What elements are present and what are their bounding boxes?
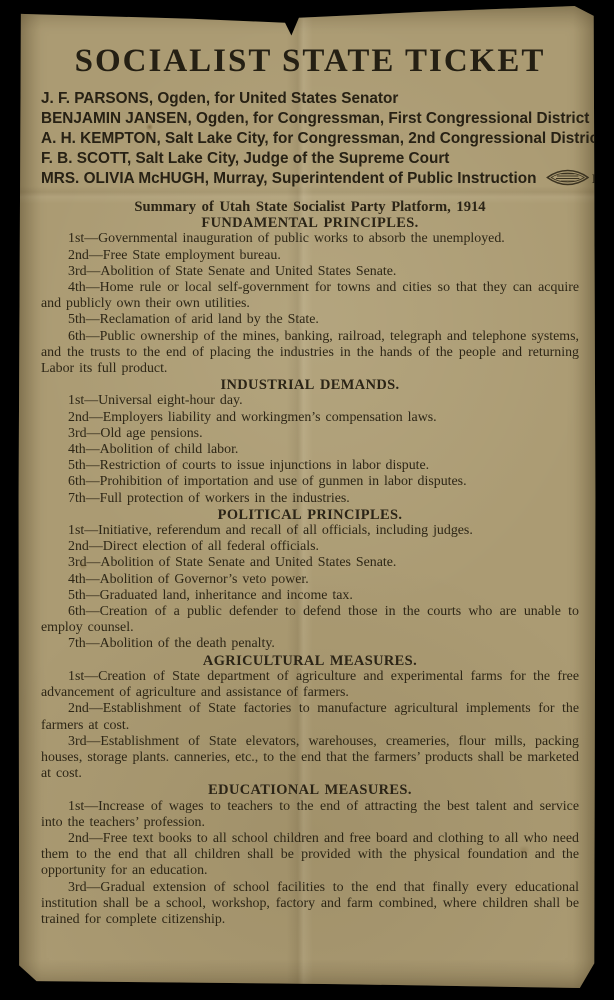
platform-item: 1st—Initiative, referendum and recall of…	[41, 523, 579, 539]
platform-item: 5th—Reclamation of arid land by the Stat…	[41, 312, 579, 328]
platform-item: 4th—Abolition of Governor’s veto power.	[41, 572, 579, 588]
section-heading: POLITICAL PRINCIPLES.	[41, 507, 579, 523]
platform-item: 3rd—Old age pensions.	[41, 426, 579, 442]
platform-item: 6th—Public ownership of the mines, banki…	[41, 329, 579, 378]
platform-item: 7th—Full protection of workers in the in…	[41, 491, 579, 507]
platform-item: 2nd—Employers liability and workingmen’s…	[41, 410, 579, 426]
union-label-suffix: K	[592, 172, 601, 186]
platform-summary-title: Summary of Utah State Socialist Party Pl…	[41, 199, 579, 215]
platform-item: 7th—Abolition of the death penalty.	[41, 636, 579, 652]
platform-item: 2nd—Establishment of State factories to …	[41, 701, 579, 733]
candidate-text: MRS. OLIVIA McHUGH, Murray, Superintende…	[41, 170, 536, 187]
platform-item: 3rd—Abolition of State Senate and United…	[41, 555, 579, 571]
platform-item: 3rd—Abolition of State Senate and United…	[41, 264, 579, 280]
platform-item: 6th—Prohibition of importation and use o…	[41, 474, 579, 490]
platform-item: 1st—Universal eight-hour day.	[41, 393, 579, 409]
union-printing-label-icon	[546, 169, 591, 192]
platform-item: 6th—Creation of a public defender to def…	[41, 604, 579, 636]
platform-item: 2nd—Free State employment bureau.	[41, 248, 579, 264]
platform-item: 4th—Home rule or local self-government f…	[41, 280, 579, 312]
platform-item: 1st—Governmental inauguration of public …	[41, 231, 579, 247]
candidate-public-instruction: MRS. OLIVIA McHUGH, Murray, Superintende…	[41, 169, 563, 192]
section-heading: EDUCATIONAL MEASURES.	[41, 782, 579, 798]
candidate-congress-1st: BENJAMIN JANSEN, Ogden, for Congressman,…	[41, 109, 563, 129]
platform-item: 3rd—Establishment of State elevators, wa…	[41, 734, 579, 783]
candidate-text: F. B. SCOTT, Salt Lake City, Judge of th…	[41, 150, 449, 167]
section-heading: FUNDAMENTAL PRINCIPLES.	[41, 215, 579, 231]
platform-item: 1st—Creation of State department of agri…	[41, 669, 579, 701]
section-heading: INDUSTRIAL DEMANDS.	[41, 377, 579, 393]
platform-summary: Summary of Utah State Socialist Party Pl…	[41, 199, 579, 928]
flyer-paper: SOCIALIST STATE TICKET J. F. PARSONS, Og…	[18, 5, 596, 989]
platform-item: 1st—Increase of wages to teachers to the…	[41, 799, 579, 831]
platform-item: 2nd—Direct election of all federal offic…	[41, 539, 579, 555]
candidate-supreme-court: F. B. SCOTT, Salt Lake City, Judge of th…	[41, 149, 563, 169]
photo-backdrop: { "document": { "title": "SOCIALIST STAT…	[0, 0, 614, 1000]
candidate-text: BENJAMIN JANSEN, Ogden, for Congressman,…	[41, 110, 589, 127]
section-heading: AGRICULTURAL MEASURES.	[41, 653, 579, 669]
candidate-senator: J. F. PARSONS, Ogden, for United States …	[41, 89, 563, 109]
platform-item: 3rd—Gradual extension of school faciliti…	[41, 880, 579, 929]
platform-item: 2nd—Free text books to all school childr…	[41, 831, 579, 880]
candidate-list: J. F. PARSONS, Ogden, for United States …	[41, 89, 579, 192]
platform-item: 5th—Graduated land, inheritance and inco…	[41, 588, 579, 604]
candidate-text: J. F. PARSONS, Ogden, for United States …	[41, 90, 398, 107]
platform-item: 5th—Restriction of courts to issue injun…	[41, 458, 579, 474]
platform-sections: FUNDAMENTAL PRINCIPLES.1st—Governmental …	[41, 215, 579, 928]
candidate-text: A. H. KEMPTON, Salt Lake City, for Congr…	[41, 130, 603, 147]
candidate-congress-2nd: A. H. KEMPTON, Salt Lake City, for Congr…	[41, 129, 563, 149]
platform-item: 4th—Abolition of child labor.	[41, 442, 579, 458]
flyer-title: SOCIALIST STATE TICKET	[41, 43, 579, 80]
